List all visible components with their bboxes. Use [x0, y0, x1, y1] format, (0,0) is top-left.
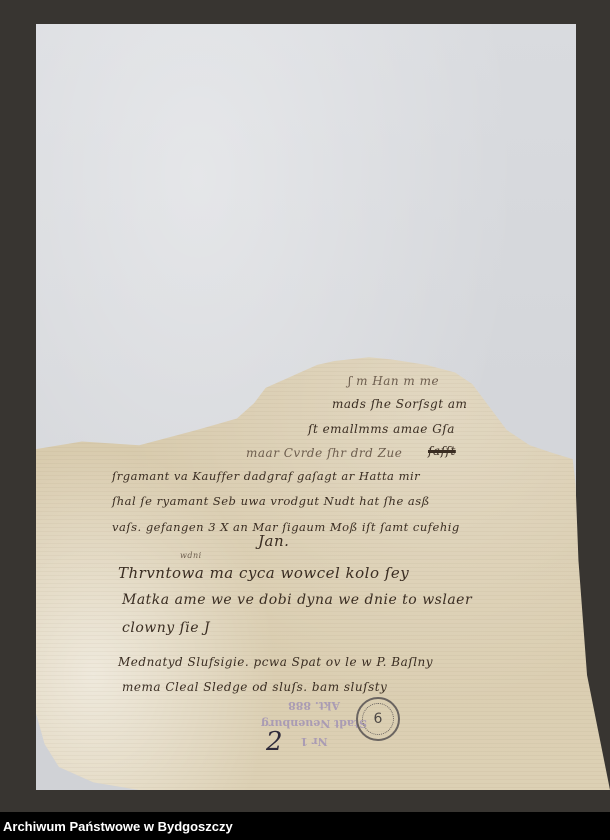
round-seal-stamp: 6	[356, 697, 400, 741]
manuscript-line: ʃ m Han m me	[348, 374, 439, 388]
page-number: 2	[266, 727, 283, 757]
manuscript-line: clowny ſie J	[122, 620, 210, 636]
document-sheet: ʃ m Han m me mads ſhe Sorſsgt am ſt emal…	[36, 24, 576, 790]
manuscript-line: ſrgamant va Kauffer dadgraf gaſagt ar Ha…	[112, 469, 420, 483]
manuscript-line: ſhal ſe ryamant Seb uwa vrodgut Nudt hat…	[112, 494, 430, 508]
image-viewer: ʃ m Han m me mads ſhe Sorſsgt am ſt emal…	[0, 0, 610, 812]
archive-footer: Archiwum Państwowe w Bydgoszczy	[0, 812, 610, 840]
section-heading: Jan.	[258, 532, 289, 550]
interlinear-note: wdni	[180, 551, 202, 560]
manuscript-line: mads ſhe Sorſsgt am	[332, 397, 467, 411]
manuscript-line: mema Cleal Sledge od sluſs. bam sluſsty	[122, 680, 387, 694]
manuscript-line: Mednatyd Slufsigie. pcwa Spat ov le w P.…	[118, 655, 433, 669]
manuscript-line: Matka ame we ve dobi dyna we dnie to wsl…	[122, 592, 472, 608]
stamp-line: Akt. 888	[254, 696, 374, 714]
struck-word: ſaſſt	[428, 444, 456, 458]
archive-name: Archiwum Państwowe w Bydgoszczy	[0, 819, 233, 834]
manuscript-line: ſt emallmms amae Gſa	[308, 422, 455, 436]
manuscript-line: maar Cvrde ſhr drd Zue	[246, 446, 402, 460]
seal-number: 6	[374, 711, 383, 727]
manuscript-line: Thrvntowa ma cyca wowcel kolo ſey	[118, 564, 409, 582]
